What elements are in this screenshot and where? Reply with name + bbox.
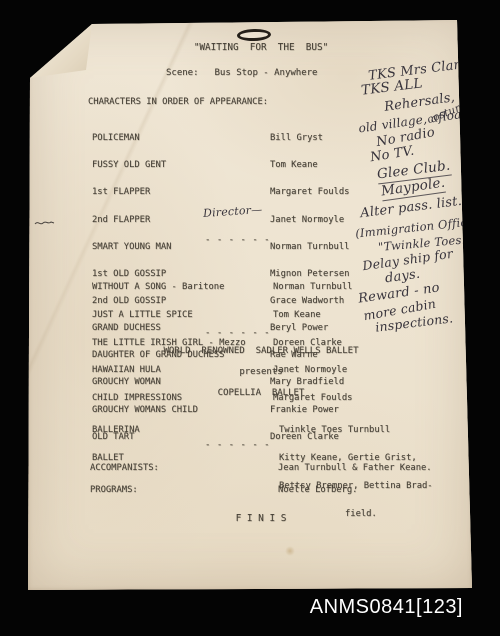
margin-scribble	[34, 218, 56, 228]
document-title: "WAITING FOR THE BUS"	[50, 43, 472, 52]
role-name: POLICEMAN	[92, 134, 270, 143]
credit-label: PROGRAMS:	[90, 486, 278, 495]
presents-line: presents	[50, 368, 472, 377]
role-name: BALLET	[92, 454, 279, 463]
photo-frame: "WAITING FOR THE BUS" Scene:Bus Stop - A…	[0, 0, 500, 636]
finis-text: F I N I S	[50, 514, 472, 523]
staple-mark	[237, 28, 271, 41]
performer-name: Tom Keane	[270, 160, 318, 170]
scene-label: Scene:	[166, 68, 199, 78]
role-name: 1st FLAPPER	[92, 188, 270, 197]
role-name: FUSSY OLD GENT	[92, 161, 270, 170]
credit-row: ACCOMPANISTS:Jean Turnbull & Father Kean…	[90, 464, 432, 473]
song-title: JUST A LITTLE SPICE	[92, 311, 273, 320]
section-separator: - - - - - -	[205, 236, 270, 245]
performer-name: Margaret Foulds	[270, 187, 349, 197]
section-separator: - - - - - -	[205, 441, 270, 450]
scene-value: Bus Stop - Anywhere	[215, 68, 318, 78]
performer-name: Norman Turnbull	[270, 242, 349, 252]
performer-name: Janet Normoyle	[270, 215, 344, 225]
performer-name: Kitty Keane, Gertie Grist,	[279, 453, 417, 463]
ballet-role-row: BALLERINATwinkle Toes Turnbull	[92, 426, 470, 435]
song-title: WITHOUT A SONG - Baritone	[92, 283, 273, 292]
performer-name: Twinkle Toes Turnbull	[279, 425, 390, 435]
performer-name: Bill Gryst	[270, 133, 323, 143]
performer-name: Tom Keane	[273, 310, 321, 320]
ballet-heading: WORLD RENOWNED SADLER WELLS BALLET	[50, 347, 472, 356]
catalog-number: ANMS0841[123]	[310, 596, 463, 619]
folded-corner	[28, 18, 112, 96]
cast-heading: CHARACTERS IN ORDER OF APPEARANCE:	[88, 98, 268, 107]
ballet-role-row: BALLETKitty Keane, Gertie Grist,	[92, 454, 470, 463]
credit-value: Noelle Lofberg.	[278, 485, 357, 495]
credit-row: PROGRAMS:Noelle Lofberg.	[90, 486, 357, 495]
credit-value: Jean Turnbull & Father Keane.	[278, 463, 432, 473]
scene-line: Scene:Bus Stop - Anywhere	[166, 69, 317, 78]
role-name: BALLERINA	[92, 426, 279, 435]
section-separator: - - - - - -	[205, 329, 270, 338]
ballet-title: COPELLIA BALLET	[50, 389, 472, 398]
document-page: "WAITING FOR THE BUS" Scene:Bus Stop - A…	[28, 18, 472, 590]
credit-label: ACCOMPANISTS:	[90, 464, 278, 473]
performer-name: Norman Turnbull	[273, 282, 352, 292]
